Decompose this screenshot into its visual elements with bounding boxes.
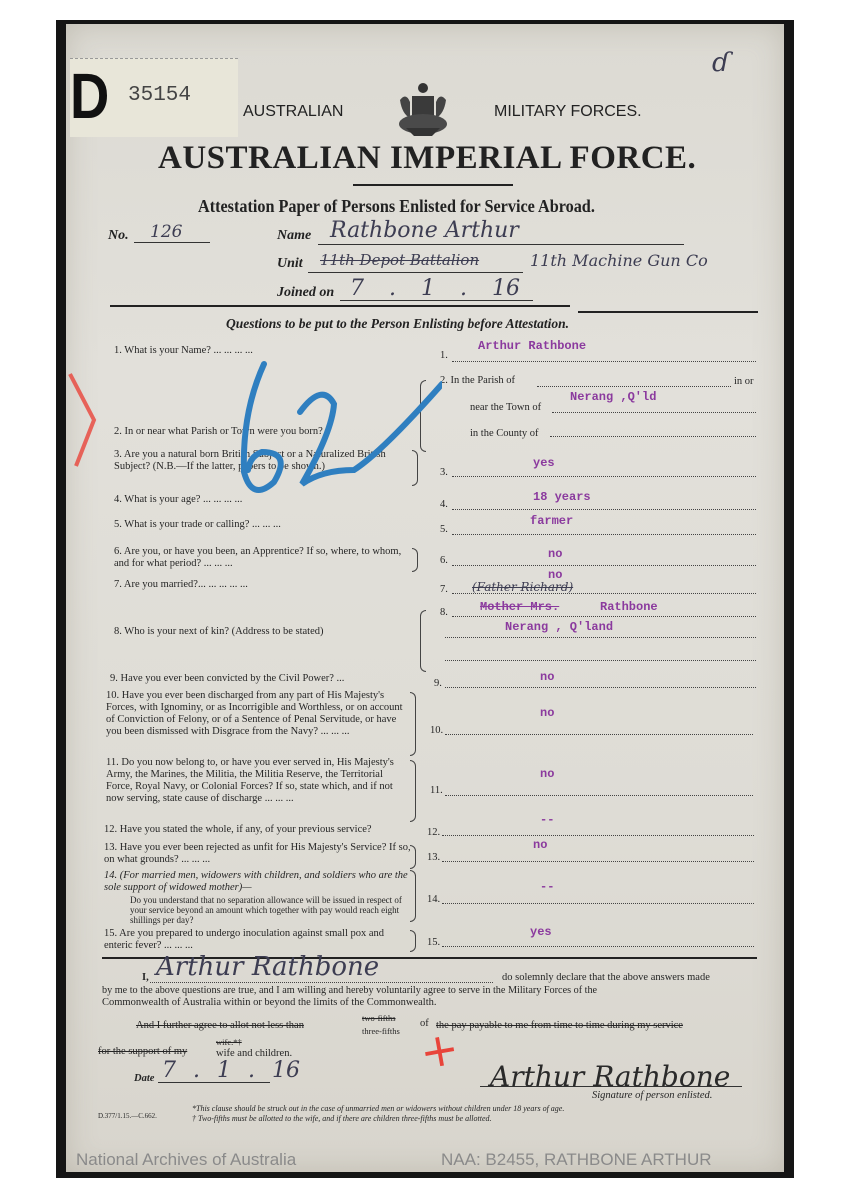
answer-1: Arthur Rathbone [478, 339, 586, 353]
town-label: near the Town of [470, 402, 541, 414]
signature: Arthur Rathbone [490, 1060, 730, 1093]
red-cross-mark: + [417, 1027, 462, 1073]
question-5: 5. What is your trade or calling? ... ..… [114, 519, 281, 531]
answer-2-town: Nerang ,Q'ld [570, 390, 656, 404]
footnote-1: *This clause should be struck out in the… [192, 1104, 564, 1114]
answer-line-8b [445, 637, 756, 638]
declaration-text-1: do solemnly declare that the above answe… [502, 972, 710, 984]
support-struck: for the support of my [98, 1046, 187, 1058]
parish-suffix: in or [734, 376, 754, 388]
answer-line-12 [442, 835, 754, 836]
declaration-name: Arthur Rathbone [156, 952, 379, 982]
allotment-rest-struck: the pay payable to me from time to time … [436, 1020, 683, 1032]
next-of-kin-struck: Mother Mrs. [480, 600, 559, 614]
brace [410, 845, 416, 869]
answer-number-12: 12. [427, 827, 440, 839]
watermark-right: NAA: B2455, RATHBONE ARTHUR [441, 1150, 712, 1170]
question-8: 8. Who is your next of kin? (Address to … [114, 626, 323, 638]
question-13: 13. Have you ever been rejected as unfit… [104, 842, 412, 866]
watermark-left: National Archives of Australia [76, 1150, 296, 1170]
answer-number-14: 14. [427, 894, 440, 906]
question-10: 10. Have you ever been discharged from a… [106, 690, 412, 738]
signature-caption: Signature of person enlisted. [592, 1090, 712, 1102]
corner-mark: ɗ [712, 48, 730, 78]
answer-line-10 [445, 734, 753, 735]
allotment-struck: And I further agree to allot not less th… [136, 1020, 304, 1032]
joined-value: 7 . 1 . 16 [350, 276, 520, 301]
joined-label: Joined on [277, 285, 334, 301]
date-label: Date [134, 1073, 154, 1085]
questions-heading: Questions to be put to the Person Enlist… [226, 316, 569, 332]
blue-crayon-number [222, 352, 442, 502]
answer-13: no [533, 838, 547, 852]
answer-14: -- [540, 880, 554, 894]
answer-10: no [540, 706, 554, 720]
brace [410, 692, 416, 756]
parish-label: 2. In the Parish of [440, 375, 515, 387]
answer-line-4 [452, 509, 756, 510]
answer-8-line1: Rathbone [600, 600, 658, 614]
date-value: 7 . 1 . 16 [162, 1058, 300, 1083]
answer-line-13 [442, 861, 754, 862]
question-14: Do you understand that no separation all… [130, 895, 412, 925]
brace [420, 610, 426, 672]
answer-11: no [540, 767, 554, 781]
coat-of-arms-icon [392, 78, 454, 140]
archive-number: 35154 [128, 84, 191, 107]
name-label: Name [277, 228, 311, 244]
answer-line-9 [445, 687, 756, 688]
answer-number-10: 10. [430, 725, 443, 737]
header-right: MILITARY FORCES. [494, 103, 642, 121]
answer-12: -- [540, 813, 554, 827]
next-of-kin-handwritten: (Father Richard) [472, 580, 573, 594]
question-11: 11. Do you now belong to, or have you ev… [106, 757, 412, 805]
answer-number-11: 11. [430, 785, 443, 797]
answer-line-6 [452, 565, 756, 566]
answer-number-5: 5. [440, 524, 448, 536]
answer-line-11 [445, 795, 753, 796]
answer-number-9: 9. [434, 678, 442, 690]
no-line [134, 242, 210, 243]
form-code: D.377/1.15.—C.662. [98, 1110, 157, 1122]
answer-line-15 [442, 946, 754, 947]
subtitle: Attestation Paper of Persons Enlisted fo… [198, 196, 595, 217]
question-12: 12. Have you stated the whole, if any, o… [104, 824, 372, 836]
answer-line-5 [452, 534, 756, 535]
allotment-option-two-fifths: two-fifths [362, 1012, 396, 1024]
parish-line [537, 386, 731, 387]
unit-label: Unit [277, 256, 303, 272]
header-left: AUSTRALIAN [243, 103, 343, 121]
answer-6: no [548, 547, 562, 561]
declaration-text-3: Commonwealth of Australia within or beyo… [102, 997, 437, 1009]
answer-line-3 [452, 476, 756, 477]
answer-9: no [540, 670, 554, 684]
question-15: 15. Are you prepared to undergo inoculat… [104, 928, 412, 952]
brace [410, 760, 416, 822]
answer-15: yes [530, 925, 552, 939]
section-rule-left [110, 305, 570, 307]
declaration-text-2: by me to the above questions are true, a… [102, 985, 752, 997]
answer-5: farmer [530, 514, 573, 528]
answer-number-7: 7. [440, 584, 448, 596]
section-rule-right [578, 311, 758, 313]
answer-4: 18 years [533, 490, 591, 504]
town-line [552, 412, 756, 413]
brace [410, 870, 416, 922]
answer-number-15: 15. [427, 937, 440, 949]
archive-letter: D [70, 64, 109, 128]
answer-number-6: 6. [440, 555, 448, 567]
name-value: Rathbone Arthur [330, 218, 519, 243]
question-7: 7. Are you married?... ... ... ... ... [114, 579, 248, 591]
brace [412, 548, 418, 572]
answer-line-14 [442, 903, 754, 904]
name-line [318, 244, 684, 245]
title-rule [353, 184, 513, 186]
question-6: 6. Are you, or have you been, an Apprent… [114, 546, 414, 570]
question-9: 9. Have you ever been convicted by the C… [110, 673, 344, 685]
declaration-prefix: I, [142, 972, 149, 984]
county-line [550, 436, 756, 437]
brace [410, 930, 416, 952]
page-title: AUSTRALIAN IMPERIAL FORCE. [158, 140, 696, 177]
no-label: No. [108, 228, 129, 244]
answer-number-8: 8. [440, 607, 448, 619]
answer-line-8c [445, 660, 756, 661]
red-pencil-mark [66, 370, 106, 470]
answer-3: yes [533, 456, 555, 470]
unit-line [308, 272, 523, 273]
answer-line-1 [452, 361, 756, 362]
declaration-name-line [150, 982, 493, 983]
answer-line-8a [452, 616, 756, 617]
unit-struck: 11th Depot Battalion [320, 251, 479, 269]
no-value: 126 [150, 222, 182, 242]
answer-number-13: 13. [427, 852, 440, 864]
question-14-intro: 14. (For married men, widowers with chil… [104, 870, 412, 894]
footnote-2: † Two-fifths must be allotted to the wif… [192, 1114, 492, 1124]
allotment-option-three-fifths: three-fifths [362, 1025, 400, 1037]
unit-value: 11th Machine Gun Co [530, 251, 708, 270]
answer-8-line2: Nerang , Q'land [505, 620, 613, 634]
county-label: in the County of [470, 428, 539, 440]
support-option-wife: wife.*† [216, 1036, 242, 1048]
